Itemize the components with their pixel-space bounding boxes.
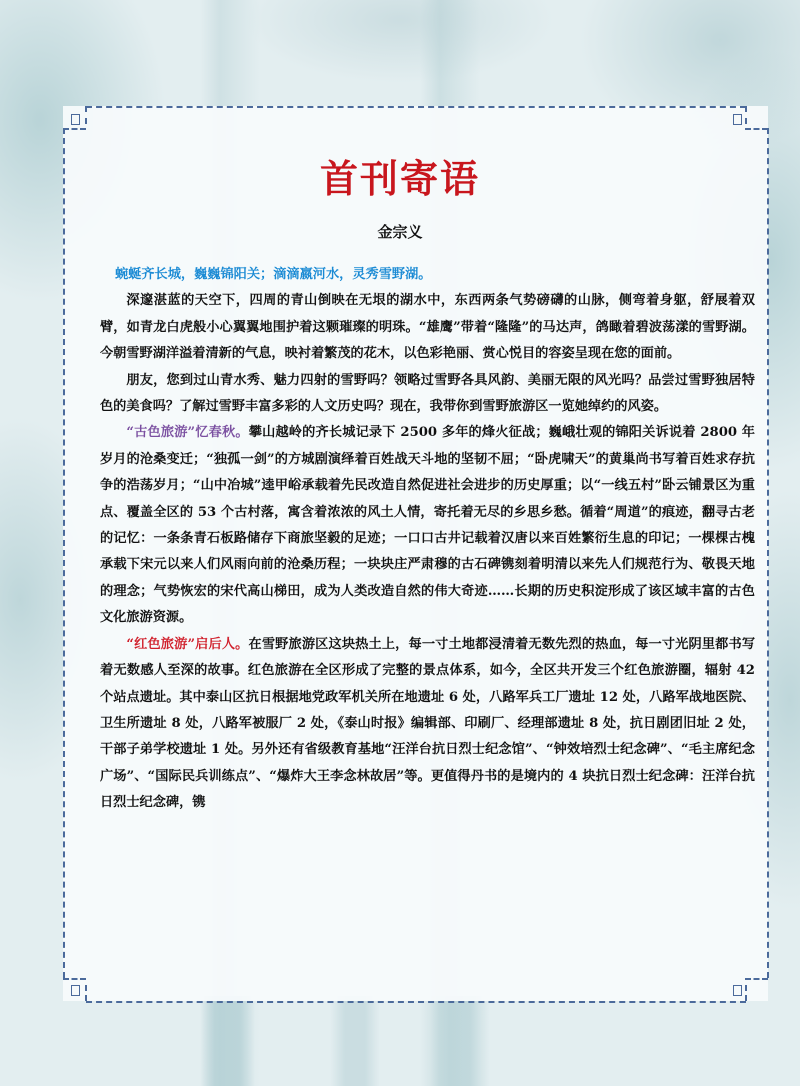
frame-bottom-right-step <box>745 985 747 1001</box>
frame-top-left-step-h <box>63 128 86 130</box>
section-heading-red: “红色旅游”启后人。 <box>126 637 248 652</box>
frame-top-left-step <box>85 106 87 124</box>
author-name: 金宗义 <box>0 221 800 242</box>
lead-line: 蜿蜒齐长城，巍巍锦阳关；滴滴嬴河水，灵秀雪野湖。 <box>100 262 755 288</box>
frame-left-bottom-step <box>63 978 86 980</box>
paragraph-2: 朋友，您到过山青水秀、魅力四射的雪野吗？领略过雪野各具风韵、美丽无限的风光吗？品… <box>100 368 755 421</box>
article-body: 蜿蜒齐长城，巍巍锦阳关；滴滴嬴河水，灵秀雪野湖。 深邃湛蓝的天空下，四周的青山倒… <box>100 262 755 817</box>
frame-bottom <box>86 1001 746 1003</box>
paragraph-red-tourism: “红色旅游”启后人。在雪野旅游区这块热土上，每一寸土地都浸清着无数先烈的热血，每… <box>100 632 755 817</box>
paragraph-1: 深邃湛蓝的天空下，四周的青山倒映在无垠的湖水中，东西两条气势磅礴的山脉，侧弯着身… <box>100 288 755 367</box>
frame-corner-ornament <box>71 114 80 125</box>
frame-bottom-left-step <box>85 985 87 1001</box>
frame-right-bottom-step <box>745 978 768 980</box>
frame-top <box>86 106 746 108</box>
frame-top-right-step <box>745 106 747 124</box>
paragraph-text: 攀山越岭的齐长城记录下 2500 多年的烽火征战；巍峨壮观的锦阳关诉说着 280… <box>100 425 755 625</box>
frame-top-right-step-h <box>745 128 768 130</box>
background-forest <box>0 996 800 1086</box>
paragraph-ancient-tourism: “古色旅游”忆春秋。攀山越岭的齐长城记录下 2500 多年的烽火征战；巍峨壮观的… <box>100 420 755 631</box>
frame-left <box>63 128 65 978</box>
section-heading-ancient: “古色旅游”忆春秋。 <box>126 425 248 440</box>
frame-corner-ornament <box>733 985 742 996</box>
frame-corner-ornament <box>71 985 80 996</box>
frame-right <box>767 128 769 978</box>
frame-corner-ornament <box>733 114 742 125</box>
paragraph-text: 深邃湛蓝的天空下，四周的青山倒映在无垠的湖水中，东西两条气势磅礴的山脉，侧弯着身… <box>100 293 755 361</box>
page-title: 首刊寄语 <box>0 148 800 203</box>
paragraph-text: 在雪野旅游区这块热土上，每一寸土地都浸清着无数先烈的热血，每一寸光阴里都书写着无… <box>100 637 755 810</box>
paragraph-text: 朋友，您到过山青水秀、魅力四射的雪野吗？领略过雪野各具风韵、美丽无限的风光吗？品… <box>100 373 755 414</box>
